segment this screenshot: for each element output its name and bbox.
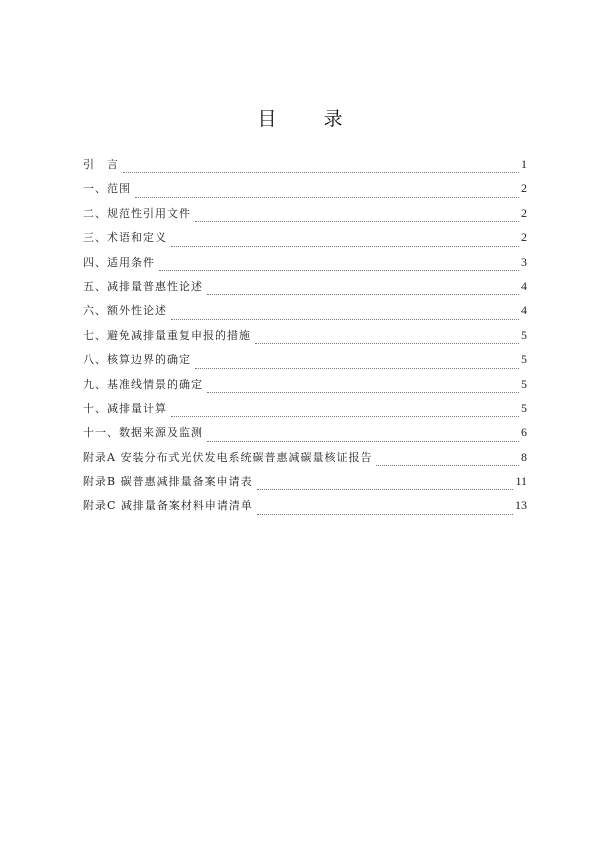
dot-leader bbox=[257, 513, 513, 515]
toc-entry-inclusiveness[interactable]: 五、减排量普惠性论述 4 bbox=[83, 278, 527, 302]
toc-entry-label: 六、额外性论述 bbox=[83, 303, 167, 319]
dot-leader bbox=[207, 440, 519, 442]
dot-leader bbox=[171, 245, 519, 247]
toc-entry-appendix-b[interactable]: 附录B 碳普惠减排量备案申请表 11 bbox=[83, 473, 527, 497]
table-of-contents: 引 言 1 一、范围 2 二、规范性引用文件 2 三、术语和定义 2 四、适用条… bbox=[83, 156, 527, 522]
toc-entry-appendix-c[interactable]: 附录C 减排量备案材料申请清单 13 bbox=[83, 497, 527, 521]
toc-entry-additionality[interactable]: 六、额外性论述 4 bbox=[83, 302, 527, 326]
toc-entry-label: 一、范围 bbox=[83, 181, 131, 197]
toc-entry-page: 5 bbox=[521, 327, 527, 343]
toc-entry-terms-definitions[interactable]: 三、术语和定义 2 bbox=[83, 229, 527, 253]
toc-entry-label: 十、减排量计算 bbox=[83, 401, 167, 417]
dot-leader bbox=[255, 342, 519, 344]
toc-entry-page: 5 bbox=[521, 351, 527, 367]
toc-entry-label: 七、避免减排量重复申报的措施 bbox=[83, 328, 251, 344]
dot-leader bbox=[207, 391, 519, 393]
toc-entry-baseline-scenario[interactable]: 九、基准线情景的确定 5 bbox=[83, 376, 527, 400]
toc-entry-label: 附录A 安装分布式光伏发电系统碳普惠减碳量核证报告 bbox=[83, 450, 372, 466]
dot-leader bbox=[123, 171, 519, 173]
dot-leader bbox=[207, 293, 519, 295]
toc-entry-label: 四、适用条件 bbox=[83, 255, 155, 271]
toc-entry-label: 五、减排量普惠性论述 bbox=[83, 279, 203, 295]
toc-entry-page: 5 bbox=[521, 400, 527, 416]
toc-entry-introduction[interactable]: 引 言 1 bbox=[83, 156, 527, 180]
dot-leader bbox=[135, 196, 519, 198]
toc-entry-label: 八、核算边界的确定 bbox=[83, 352, 191, 368]
toc-entry-page: 2 bbox=[521, 205, 527, 221]
toc-entry-page: 6 bbox=[521, 424, 527, 440]
dot-leader bbox=[376, 464, 519, 466]
dot-leader bbox=[159, 269, 519, 271]
toc-entry-appendix-a[interactable]: 附录A 安装分布式光伏发电系统碳普惠减碳量核证报告 8 bbox=[83, 449, 527, 473]
toc-entry-page: 2 bbox=[521, 180, 527, 196]
toc-entry-page: 4 bbox=[521, 302, 527, 318]
toc-entry-page: 11 bbox=[515, 473, 527, 489]
toc-entry-data-sources-monitoring[interactable]: 十一、数据来源及监测 6 bbox=[83, 424, 527, 448]
toc-entry-page: 4 bbox=[521, 278, 527, 294]
toc-entry-scope[interactable]: 一、范围 2 bbox=[83, 180, 527, 204]
toc-entry-page: 3 bbox=[521, 254, 527, 270]
toc-entry-label: 引 言 bbox=[83, 157, 119, 173]
toc-entry-label: 附录C 减排量备案材料申请清单 bbox=[83, 498, 253, 514]
dot-leader bbox=[195, 367, 519, 369]
toc-entry-double-counting-measures[interactable]: 七、避免减排量重复申报的措施 5 bbox=[83, 327, 527, 351]
toc-entry-label: 附录B 碳普惠减排量备案申请表 bbox=[83, 474, 253, 490]
toc-entry-normative-references[interactable]: 二、规范性引用文件 2 bbox=[83, 205, 527, 229]
toc-entry-accounting-boundary[interactable]: 八、核算边界的确定 5 bbox=[83, 351, 527, 375]
toc-entry-page: 13 bbox=[515, 497, 527, 513]
toc-entry-label: 三、术语和定义 bbox=[83, 230, 167, 246]
toc-title: 目 录 bbox=[0, 104, 600, 131]
document-page: 目 录 引 言 1 一、范围 2 二、规范性引用文件 2 三、术语和定义 2 四… bbox=[0, 0, 600, 848]
toc-entry-applicable-conditions[interactable]: 四、适用条件 3 bbox=[83, 254, 527, 278]
dot-leader bbox=[195, 220, 519, 222]
toc-entry-label: 九、基准线情景的确定 bbox=[83, 377, 203, 393]
dot-leader bbox=[171, 318, 519, 320]
dot-leader bbox=[257, 488, 514, 490]
toc-entry-label: 二、规范性引用文件 bbox=[83, 206, 191, 222]
toc-entry-page: 5 bbox=[521, 376, 527, 392]
toc-entry-page: 8 bbox=[521, 449, 527, 465]
dot-leader bbox=[171, 415, 519, 417]
toc-entry-page: 1 bbox=[521, 156, 527, 172]
toc-entry-label: 十一、数据来源及监测 bbox=[83, 425, 203, 441]
toc-entry-page: 2 bbox=[521, 229, 527, 245]
toc-entry-emission-reduction-calculation[interactable]: 十、减排量计算 5 bbox=[83, 400, 527, 424]
